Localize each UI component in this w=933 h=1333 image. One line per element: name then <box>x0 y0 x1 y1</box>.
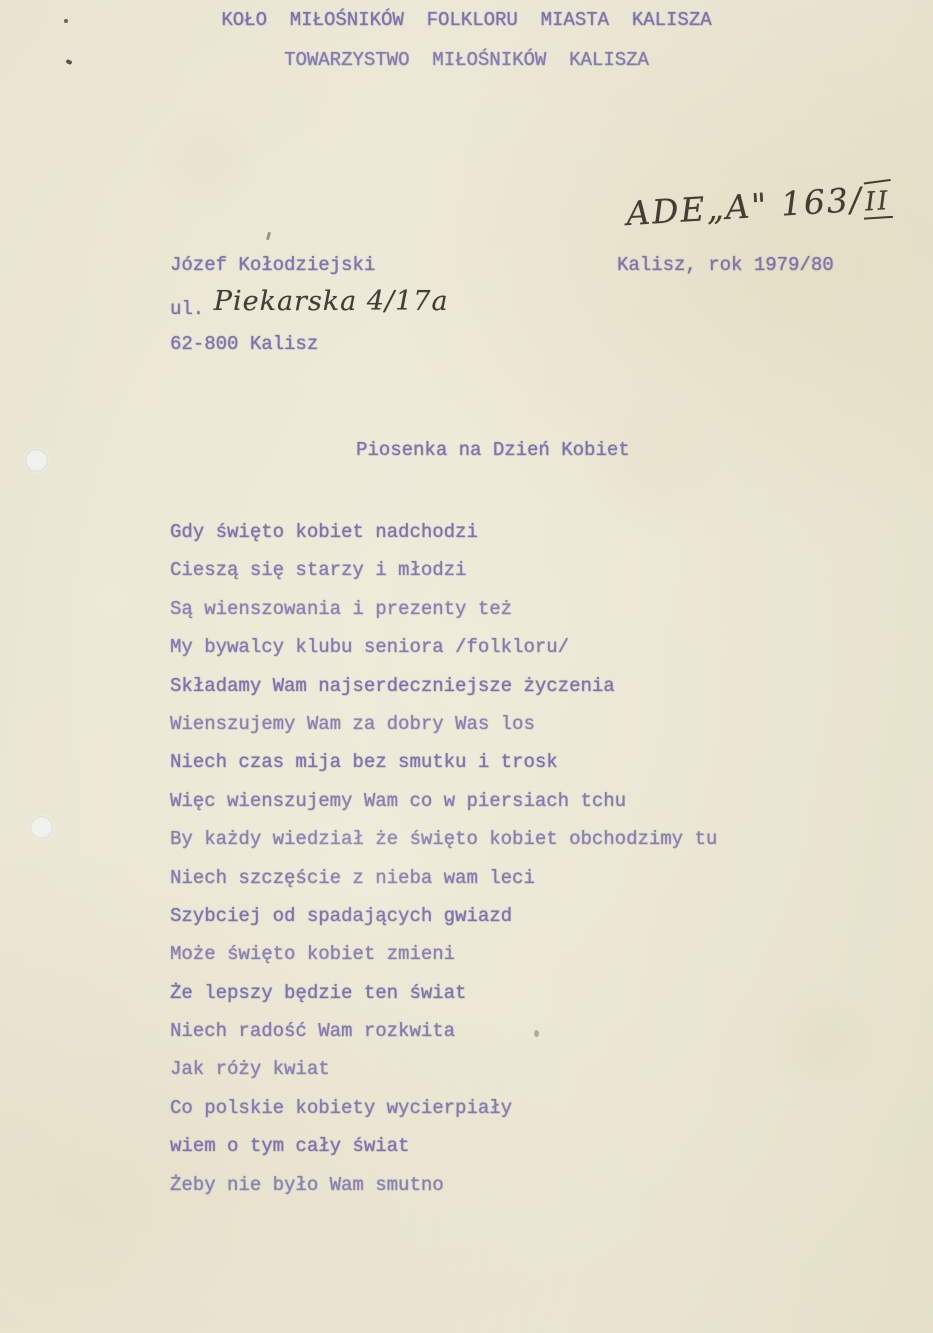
poem-line: Jak róży kwiat <box>170 1057 717 1095</box>
poem-body: Gdy święto kobiet nadchodzi Cieszą się s… <box>170 520 717 1211</box>
organization-header: KOŁO MIŁOŚNIKÓW FOLKLORU MIASTA KALISZA … <box>0 0 933 80</box>
poem-line: Cieszą się starzy i młodzi <box>170 558 717 596</box>
archive-annotation: ADE„A" 163/II <box>625 178 893 233</box>
poem-line: Są wienszowania i prezenty też <box>170 597 717 635</box>
organization-line-2: TOWARZYSTWO MIŁOŚNIKÓW KALISZA <box>0 40 933 80</box>
author-name: Józef Kołodziejski <box>170 254 449 276</box>
poem-line: Więc wienszujemy Wam co w piersiach tchu <box>170 789 717 827</box>
poem-line: Niech szczęście z nieba wam leci <box>170 866 717 904</box>
poem-line: Wienszujemy Wam za dobry Was los <box>170 712 717 750</box>
poem-line: Żeby nie było Wam smutno <box>170 1173 717 1211</box>
poem-line: Gdy święto kobiet nadchodzi <box>170 520 717 558</box>
street-handwritten: Piekarska 4/17a <box>204 286 448 317</box>
organization-line-1: KOŁO MIŁOŚNIKÓW FOLKLORU MIASTA KALISZA <box>0 0 933 40</box>
poem-line: wiem o tym cały świat <box>170 1134 717 1172</box>
author-block: Józef Kołodziejski ul. Piekarska 4/17a 6… <box>170 254 449 355</box>
paper-speck <box>266 232 271 241</box>
document-title: Piosenka na Dzień Kobiet <box>356 439 630 461</box>
poem-line: Może święto kobiet zmieni <box>170 942 717 980</box>
author-street: ul. Piekarska 4/17a <box>170 290 449 321</box>
poem-line: Niech czas mija bez smutku i trosk <box>170 750 717 788</box>
poem-line: Co polskie kobiety wycierpiały <box>170 1096 717 1134</box>
poem-line: My bywalcy klubu seniora /folkloru/ <box>170 635 717 673</box>
poem-line: Niech radość Wam rozkwita <box>170 1019 717 1057</box>
archive-annotation-number: ADE„A" 163/ <box>625 180 864 233</box>
author-postal-city: 62-800 Kalisz <box>170 333 449 355</box>
poem-line: By każdy wiedział że święto kobiet obcho… <box>170 827 717 865</box>
poem-line: Składamy Wam najserdeczniejsze życzenia <box>170 674 717 712</box>
punch-hole-top <box>25 449 48 472</box>
document-page: KOŁO MIŁOŚNIKÓW FOLKLORU MIASTA KALISZA … <box>0 0 933 1333</box>
street-prefix: ul. <box>170 298 204 320</box>
archive-annotation-suffix: II <box>862 186 892 220</box>
punch-hole-bottom <box>30 816 53 839</box>
dateline: Kalisz, rok 1979/80 <box>617 254 834 276</box>
poem-line: Że lepszy będzie ten świat <box>170 981 717 1019</box>
poem-line: Szybciej od spadających gwiazd <box>170 904 717 942</box>
